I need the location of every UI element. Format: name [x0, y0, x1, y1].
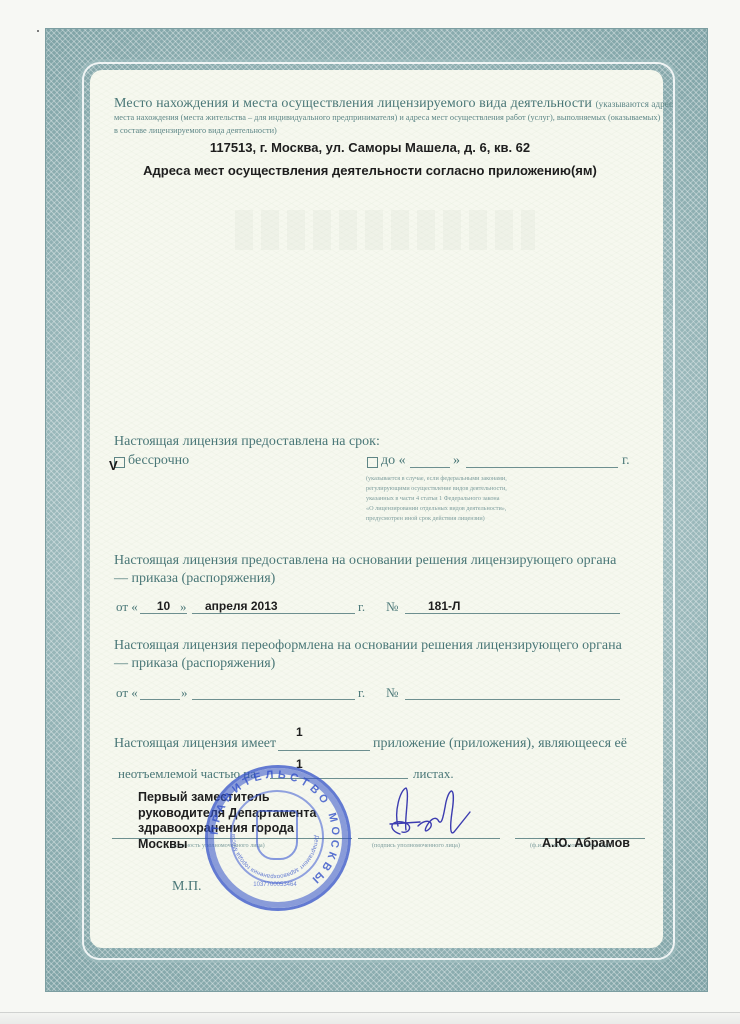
- reissue-heading-1: Настоящая лицензия переоформлена на осно…: [114, 638, 622, 654]
- location-note-1: (указываются адрес: [596, 99, 674, 109]
- basis-month-field[interactable]: [192, 613, 355, 614]
- handwritten-signature: [380, 782, 490, 842]
- term-note-line: регулирующими осуществление видов деятел…: [366, 484, 507, 494]
- until-year-suffix: г.: [622, 453, 630, 469]
- reissue-from-label: от «: [116, 685, 138, 701]
- official-stamp: ПРАВИТЕЛЬСТВО МОСКВЫ Департамент здравоо…: [205, 765, 351, 911]
- until-checkbox[interactable]: [367, 457, 378, 468]
- basis-number-field[interactable]: [405, 613, 620, 614]
- term-note-line: указанных в части 4 статьи 1 Федеральног…: [366, 494, 507, 504]
- basis-number-label: №: [386, 599, 398, 615]
- signature-caption: (подпись уполномоченного лица): [372, 841, 460, 851]
- basis-heading-1: Настоящая лицензия предоставлена на осно…: [114, 553, 616, 569]
- stamp-registry-number: 1037700053464: [253, 882, 297, 888]
- term-note-line: (указывается в случае, если федеральными…: [366, 474, 507, 484]
- basis-month-year: апреля 2013: [205, 599, 278, 613]
- seal-label: М.П.: [172, 879, 202, 895]
- activity-places: Адреса мест осуществления деятельности с…: [0, 163, 740, 178]
- licensee-address: 117513, г. Москва, ул. Саморы Машела, д.…: [0, 140, 740, 155]
- until-label: до «: [381, 453, 406, 469]
- reissue-day-field[interactable]: [140, 699, 180, 700]
- attachments-text-before: Настоящая лицензия имеет: [114, 736, 276, 752]
- attachments-count: 1: [296, 725, 303, 739]
- basis-day-close: »: [180, 599, 187, 615]
- term-note: (указывается в случае, если федеральными…: [366, 474, 507, 524]
- term-note-line: предусмотрен иной срок действия лицензии…: [366, 514, 507, 524]
- signer-name: А.Ю. Абрамов: [542, 836, 630, 850]
- reissue-month-field[interactable]: [192, 699, 355, 700]
- until-day-field[interactable]: [410, 467, 450, 468]
- attachments-sheets-suffix: листах.: [413, 766, 454, 782]
- reissue-day-close: »: [181, 685, 188, 701]
- location-note-3: в составе лицензируемого вида деятельнос…: [114, 126, 277, 135]
- attachments-text-after: приложение (приложения), являющееся её: [373, 736, 627, 752]
- reissue-year-suffix: г.: [358, 685, 365, 701]
- indefinite-label: бессрочно: [128, 453, 189, 469]
- reissue-heading-2: — приказа (распоряжения): [114, 656, 275, 672]
- basis-year-suffix: г.: [358, 599, 365, 615]
- scan-edge: [0, 1012, 740, 1024]
- svg-text:ПРАВИТЕЛЬСТВО МОСКВЫ: ПРАВИТЕЛЬСТВО МОСКВЫ: [209, 769, 341, 888]
- reissue-number-field[interactable]: [405, 699, 620, 700]
- until-month-field[interactable]: [466, 467, 618, 468]
- scan-speck: [37, 30, 39, 32]
- reverse-side-show-through: [235, 210, 535, 250]
- location-heading: Место нахождения и места осуществления л…: [114, 96, 592, 111]
- check-mark-icon: V: [109, 458, 118, 473]
- stamp-text-ring: ПРАВИТЕЛЬСТВО МОСКВЫ Департамент здравоо…: [208, 768, 342, 902]
- reissue-number-label: №: [386, 685, 398, 701]
- until-day-close: »: [453, 453, 460, 469]
- attachments-count-field[interactable]: [278, 750, 370, 751]
- location-note-2: места нахождения (места жительства – для…: [114, 113, 660, 122]
- term-note-line: «О лицензировании отдельных видов деятел…: [366, 504, 507, 514]
- basis-heading-2: — приказа (распоряжения): [114, 571, 275, 587]
- term-heading: Настоящая лицензия предоставлена на срок…: [114, 434, 380, 450]
- basis-from-label: от «: [116, 599, 138, 615]
- stamp-outer-text: ПРАВИТЕЛЬСТВО МОСКВЫ: [209, 769, 341, 888]
- basis-number: 181-Л: [428, 599, 460, 613]
